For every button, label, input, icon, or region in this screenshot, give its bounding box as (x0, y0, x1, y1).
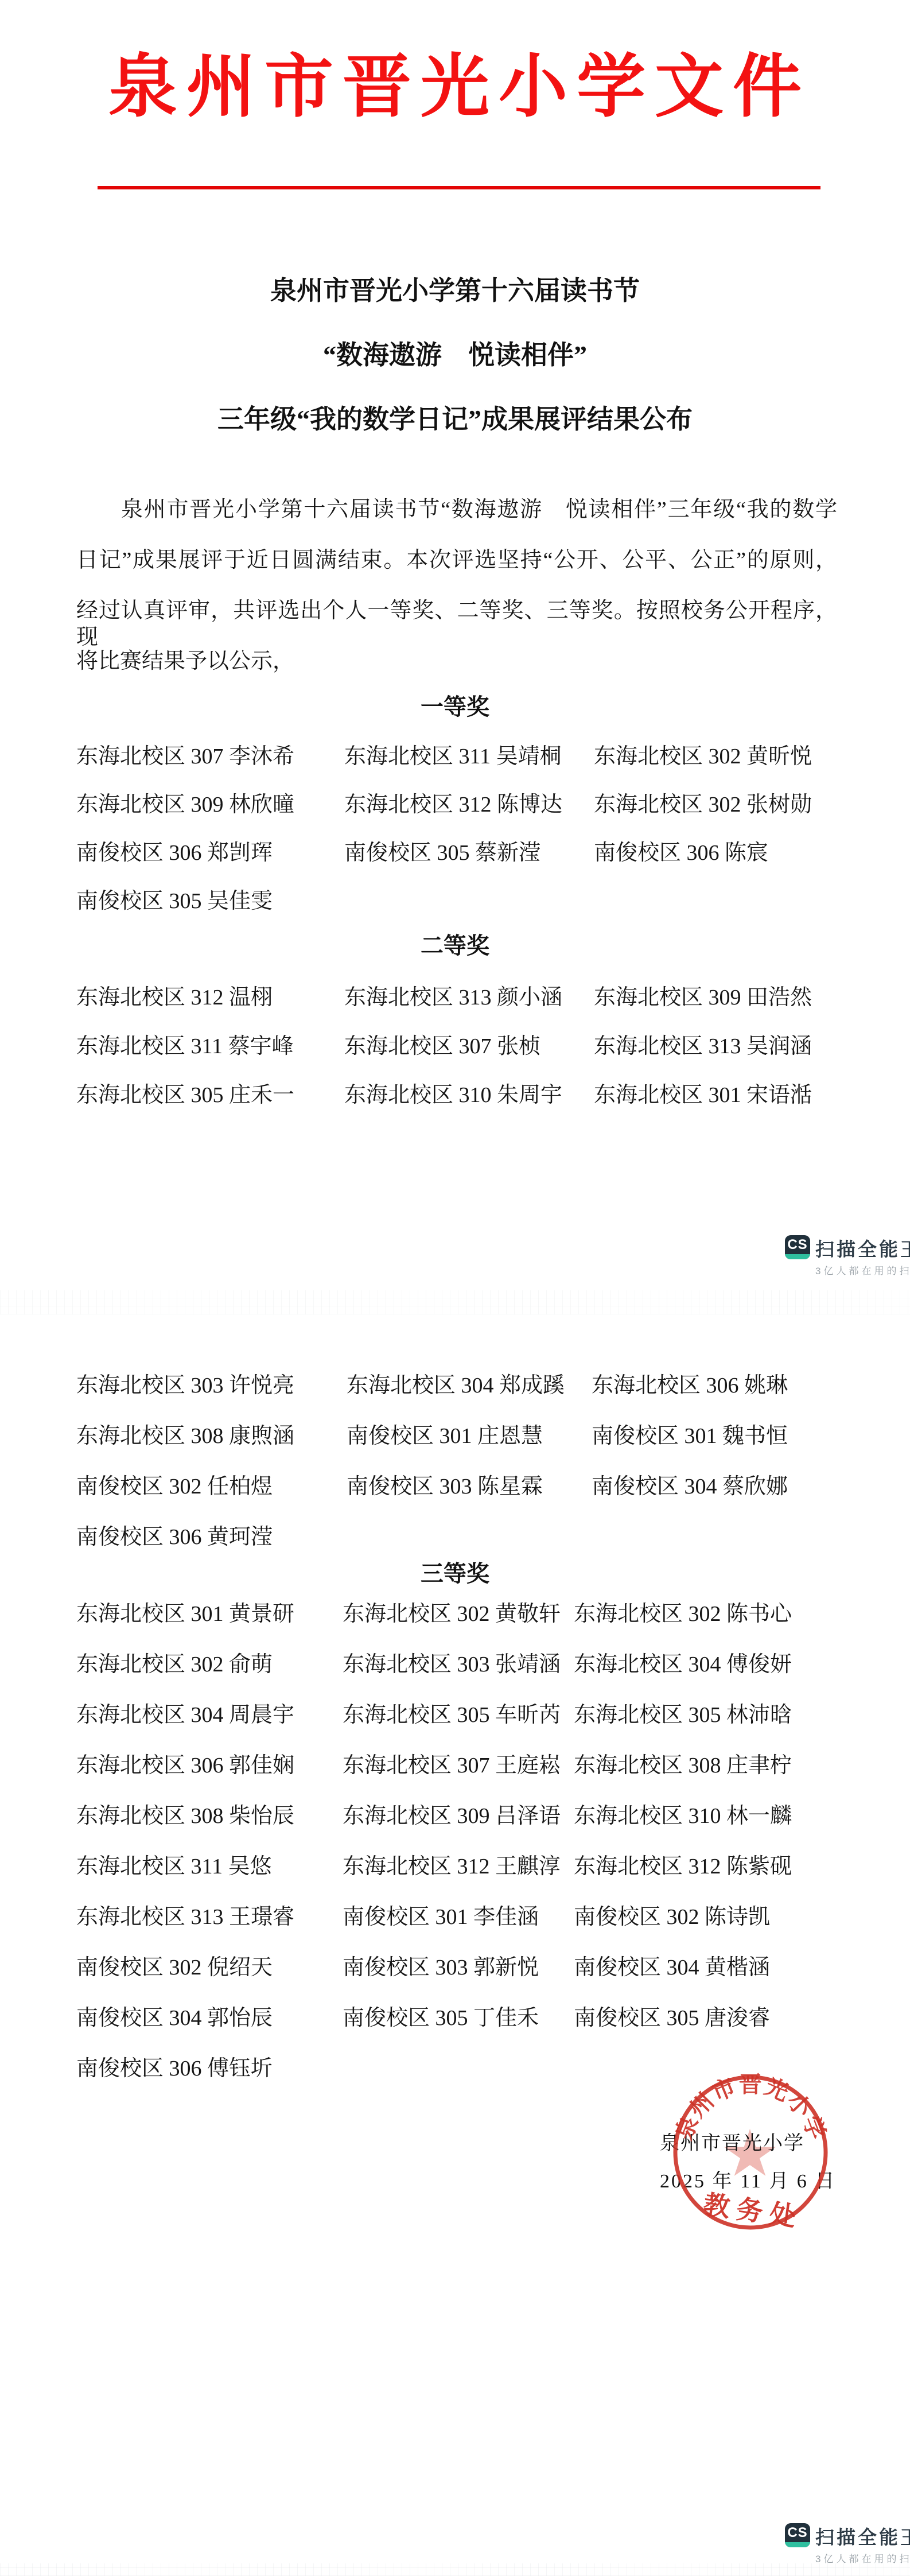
award-entry: 南俊校区 302 倪绍天 (76, 1949, 343, 1981)
award-entry: 东海北校区 303 张靖涵 (343, 1646, 574, 1678)
doc-title-line-1: 泉州市晋光小学第十六届读书节 (0, 270, 910, 308)
camscanner-brand-text: 扫描全能王™ (815, 1235, 910, 1261)
award-entry: 东海北校区 302 张树勋 (594, 786, 904, 818)
scan-seam-band (0, 2563, 910, 2576)
award-entry: 东海北校区 305 车昕芮 (343, 1697, 574, 1728)
award-row: 东海北校区 311 蔡宇峰东海北校区 307 张桢东海北校区 313 吴润涵 (76, 1028, 904, 1077)
camscanner-watermark-top: CS 扫描全能王™ 3亿人都在用的扫描App (785, 1235, 910, 1277)
award-row: 东海北校区 311 吴悠东海北校区 312 王麒淳东海北校区 312 陈紫砚 (76, 1848, 904, 1899)
award-heading-second: 二等奖 (0, 928, 910, 960)
award-entry: 南俊校区 305 蔡新滢 (344, 835, 594, 866)
award-entry: 东海北校区 312 陈紫砚 (574, 1848, 904, 1880)
award-row: 东海北校区 312 温栩东海北校区 313 颜小涵东海北校区 309 田浩然 (76, 979, 904, 1028)
award-entry: 东海北校区 310 朱周宇 (344, 1077, 594, 1108)
camscanner-logo-letters: CS (785, 2524, 810, 2542)
camscanner-logo-icon: CS (785, 1235, 810, 1259)
camscanner-watermark-bottom: CS 扫描全能王™ 3亿人都在用的扫描App (785, 2523, 910, 2565)
award-entry: 东海北校区 305 林沛晗 (574, 1697, 904, 1728)
camscanner-brand-label: 扫描全能王 (815, 2527, 910, 2548)
award-row: 东海北校区 308 柴怡辰东海北校区 309 吕泽语东海北校区 310 林一麟 (76, 1798, 904, 1848)
award-entry: 南俊校区 305 丁佳禾 (343, 2000, 574, 2031)
award-entry: 东海北校区 304 郑成蹊 (347, 1367, 592, 1399)
award-row: 东海北校区 301 黄景研东海北校区 302 黄敬轩东海北校区 302 陈书心 (76, 1596, 904, 1646)
award-entry: 南俊校区 305 吴佳雯 (76, 883, 344, 914)
award-row: 南俊校区 305 吴佳雯 (76, 883, 904, 931)
award-entry: 东海北校区 303 许悦亮 (76, 1367, 347, 1399)
award-entry: 东海北校区 306 姚琳 (592, 1367, 904, 1399)
camscanner-brand-label: 扫描全能王 (815, 1239, 910, 1260)
award-entry: 南俊校区 303 郭新悦 (343, 1949, 574, 1981)
award-rows-second-page1: 东海北校区 312 温栩东海北校区 313 颜小涵东海北校区 309 田浩然东海… (76, 979, 904, 1126)
award-entry: 东海北校区 308 柴怡辰 (76, 1798, 343, 1829)
award-row: 东海北校区 302 俞萌东海北校区 303 张靖涵东海北校区 304 傅俊妍 (76, 1646, 904, 1697)
camscanner-brand-text: 扫描全能王™ (815, 2523, 910, 2549)
award-entry: 东海北校区 302 黄昕悦 (594, 738, 904, 770)
award-row: 东海北校区 304 周晨宇东海北校区 305 车昕芮东海北校区 305 林沛晗 (76, 1697, 904, 1747)
award-entry: 东海北校区 313 王璟睿 (76, 1899, 343, 1930)
award-heading-first: 一等奖 (0, 689, 910, 721)
award-entry: 南俊校区 302 陈诗凯 (574, 1899, 904, 1930)
award-entry: 东海北校区 312 温栩 (76, 979, 344, 1011)
award-entry: 东海北校区 313 颜小涵 (344, 979, 594, 1011)
award-entry: 南俊校区 302 任柏煜 (76, 1468, 347, 1500)
award-entry: 东海北校区 311 蔡宇峰 (76, 1028, 344, 1060)
award-entry: 东海北校区 312 陈博达 (344, 786, 594, 818)
camscanner-logo-strip (785, 2542, 810, 2547)
award-entry: 东海北校区 311 吴悠 (76, 1848, 343, 1880)
body-line: 经过认真评审，共评选出个人一等奖、二等奖、三等奖。按照校务公开程序，现 (76, 598, 837, 650)
award-entry: 东海北校区 307 张桢 (344, 1028, 594, 1060)
award-row: 东海北校区 303 许悦亮东海北校区 304 郑成蹊东海北校区 306 姚琳 (76, 1367, 904, 1418)
award-row: 东海北校区 305 庄禾一东海北校区 310 朱周宇东海北校区 301 宋语湉 (76, 1077, 904, 1126)
award-row: 南俊校区 302 任柏煜南俊校区 303 陈星霖南俊校区 304 蔡欣娜 (76, 1468, 904, 1519)
award-entry: 东海北校区 311 吴靖桐 (344, 738, 594, 770)
award-entry: 东海北校区 302 俞萌 (76, 1646, 343, 1678)
signature-date: 2025 年 11 月 6 日 (660, 2165, 836, 2193)
award-entry: 东海北校区 309 田浩然 (594, 979, 904, 1011)
award-entry: 东海北校区 307 王庭崧 (343, 1747, 574, 1779)
camscanner-tagline: 3亿人都在用的扫描App (815, 2551, 910, 2565)
camscanner-logo-strip (785, 1254, 810, 1259)
award-entry: 南俊校区 306 黄珂滢 (76, 1519, 347, 1550)
award-entry: 东海北校区 302 黄敬轩 (343, 1596, 574, 1627)
award-entry: 南俊校区 306 陈宸 (594, 835, 904, 866)
letterhead-title: 泉州市晋光小学文件 (0, 49, 910, 125)
camscanner-logo-letters: CS (785, 1236, 810, 1254)
award-entry: 南俊校区 306 傅钰圻 (76, 2050, 343, 2082)
camscanner-tagline: 3亿人都在用的扫描App (815, 1263, 910, 1277)
body-line: 将比赛结果予以公示， (76, 649, 837, 675)
award-entry: 南俊校区 303 陈星霖 (347, 1468, 592, 1500)
award-rows-third: 东海北校区 301 黄景研东海北校区 302 黄敬轩东海北校区 302 陈书心东… (76, 1596, 904, 2101)
award-entry: 东海北校区 309 吕泽语 (343, 1798, 574, 1829)
award-entry: 南俊校区 305 唐浚睿 (574, 2000, 904, 2031)
camscanner-logo-icon: CS (785, 2523, 810, 2547)
award-entry: 东海北校区 313 吴润涵 (594, 1028, 904, 1060)
award-entry: 南俊校区 301 庄恩慧 (347, 1418, 592, 1449)
award-entry: 东海北校区 310 林一麟 (574, 1798, 904, 1829)
document-page: 泉州市晋光小学文件 泉州市晋光小学第十六届读书节 “数海遨游 悦读相伴” 三年级… (0, 0, 910, 2576)
award-entry: 东海北校区 304 傅俊妍 (574, 1646, 904, 1678)
award-entry: 南俊校区 304 黄楷涵 (574, 1949, 904, 1981)
award-entry: 东海北校区 302 陈书心 (574, 1596, 904, 1627)
award-entry: 南俊校区 301 李佳涵 (343, 1899, 574, 1930)
signature-school-name: 泉州市晋光小学 (660, 2127, 804, 2155)
award-row: 东海北校区 306 郭佳娴东海北校区 307 王庭崧东海北校区 308 庄聿柠 (76, 1747, 904, 1798)
award-entry: 东海北校区 309 林欣曈 (76, 786, 344, 818)
award-rows-second-page2: 东海北校区 303 许悦亮东海北校区 304 郑成蹊东海北校区 306 姚琳东海… (76, 1367, 904, 1569)
award-entry: 南俊校区 306 郑剀珲 (76, 835, 344, 866)
award-row: 南俊校区 304 郭怡辰南俊校区 305 丁佳禾南俊校区 305 唐浚睿 (76, 2000, 904, 2050)
award-rows-first: 东海北校区 307 李沐希东海北校区 311 吴靖桐东海北校区 302 黄昕悦东… (76, 738, 904, 931)
award-entry: 南俊校区 301 魏书恒 (592, 1418, 904, 1449)
body-line: 泉州市晋光小学第十六届读书节“数海遨游 悦读相伴”三年级“我的数学 (76, 497, 837, 523)
red-divider-line (98, 186, 820, 189)
award-entry: 东海北校区 307 李沐希 (76, 738, 344, 770)
award-entry: 南俊校区 304 郭怡辰 (76, 2000, 343, 2031)
doc-title-line-3: 三年级“我的数学日记”成果展评结果公布 (0, 398, 910, 436)
award-row: 南俊校区 302 倪绍天南俊校区 303 郭新悦南俊校区 304 黄楷涵 (76, 1949, 904, 2000)
award-row: 东海北校区 309 林欣曈东海北校区 312 陈博达东海北校区 302 张树勋 (76, 786, 904, 835)
body-line: 日记”成果展评于近日圆满结束。本次评选坚持“公开、公平、公正”的原则， (76, 548, 837, 574)
award-entry: 东海北校区 306 郭佳娴 (76, 1747, 343, 1779)
award-entry: 东海北校区 308 康煦涵 (76, 1418, 347, 1449)
award-entry: 东海北校区 312 王麒淳 (343, 1848, 574, 1880)
award-entry: 南俊校区 304 蔡欣娜 (592, 1468, 904, 1500)
award-heading-third: 三等奖 (0, 1555, 910, 1588)
award-entry: 东海北校区 301 宋语湉 (594, 1077, 904, 1108)
doc-title-line-2: “数海遨游 悦读相伴” (0, 334, 910, 372)
award-row: 南俊校区 306 郑剀珲南俊校区 305 蔡新滢南俊校区 306 陈宸 (76, 835, 904, 883)
award-row: 东海北校区 308 康煦涵南俊校区 301 庄恩慧南俊校区 301 魏书恒 (76, 1418, 904, 1468)
award-entry: 东海北校区 301 黄景研 (76, 1596, 343, 1627)
award-entry: 东海北校区 308 庄聿柠 (574, 1747, 904, 1779)
award-entry: 东海北校区 305 庄禾一 (76, 1077, 344, 1108)
award-row: 东海北校区 307 李沐希东海北校区 311 吴靖桐东海北校区 302 黄昕悦 (76, 738, 904, 786)
award-entry: 东海北校区 304 周晨宇 (76, 1697, 343, 1728)
award-row: 南俊校区 306 傅钰圻 (76, 2050, 904, 2101)
award-row: 东海北校区 313 王璟睿南俊校区 301 李佳涵南俊校区 302 陈诗凯 (76, 1899, 904, 1949)
scan-seam-band (0, 1290, 910, 1314)
